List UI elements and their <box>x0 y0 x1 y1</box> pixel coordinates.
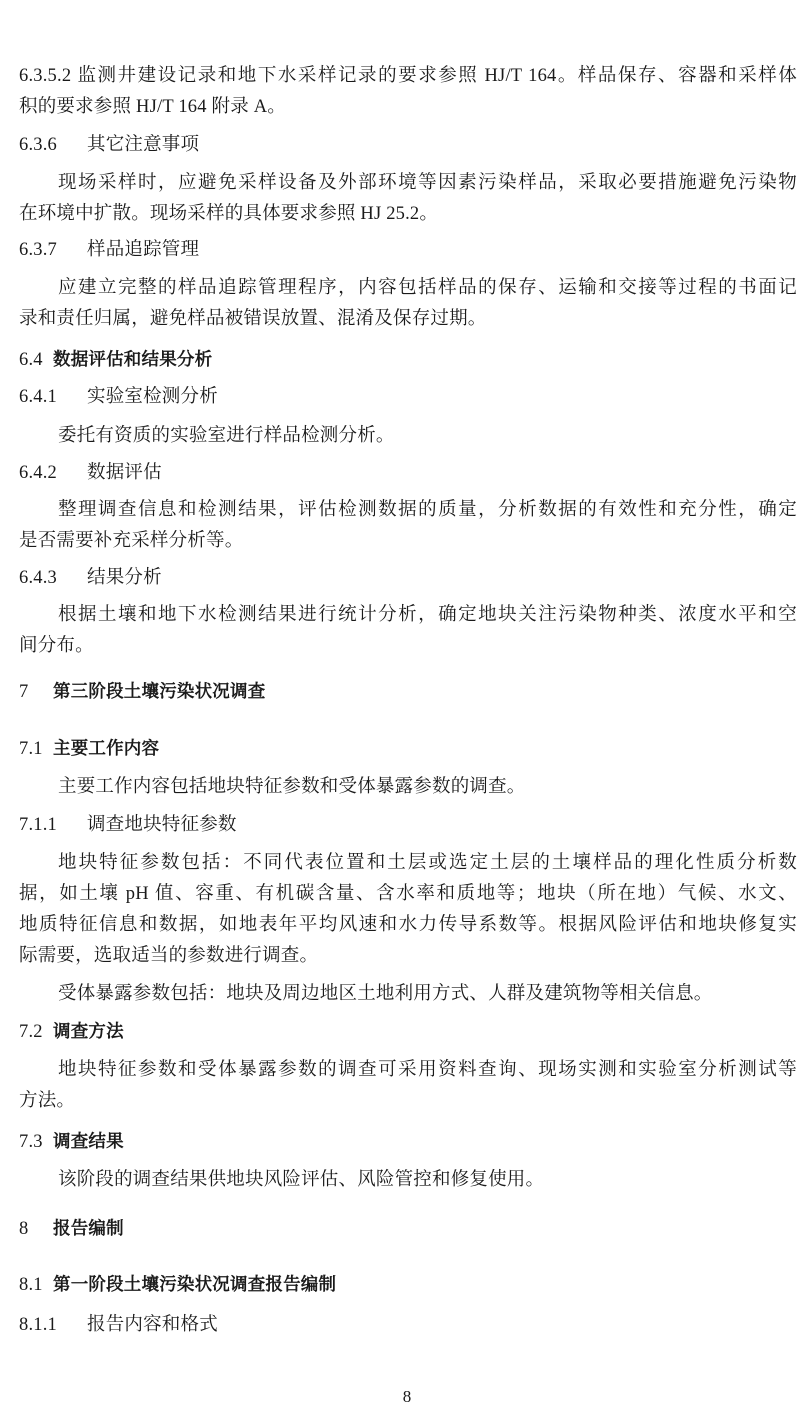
heading-7-2: 7.2调查方法 <box>19 1020 797 1044</box>
section-title: 调查方法 <box>53 1022 124 1042</box>
section-title: 主要工作内容 <box>53 739 159 759</box>
section-title: 调查地块特征参数 <box>87 815 237 835</box>
section-number: 6.4 <box>19 348 53 372</box>
section-title: 样品追踪管理 <box>87 240 199 260</box>
paragraph-7-1-1-line-4: 际需要，选取适当的参数进行调查。 <box>19 944 797 968</box>
chapter-number: 7 <box>19 680 53 704</box>
page-number: 8 <box>0 1387 800 1407</box>
paragraph-6-4-3-line-1: 根据土壤和地下水检测结果进行统计分析，确定地块关注污染物种类、浓度水平和空 <box>58 603 797 627</box>
section-title: 实验室检测分析 <box>87 387 218 407</box>
chapter-title: 第三阶段土壤污染状况调查 <box>53 682 265 702</box>
section-title: 数据评估 <box>87 463 162 483</box>
paragraph-6-4-3-line-2: 间分布。 <box>19 634 797 658</box>
paragraph-6-3-7-line-1: 应建立完整的样品追踪管理程序，内容包括样品的保存、运输和交接等过程的书面记 <box>58 276 797 300</box>
heading-6-4-3: 6.4.3结果分析 <box>19 566 797 590</box>
paragraph-6-4-2-line-1: 整理调查信息和检测结果，评估检测数据的质量，分析数据的有效性和充分性，确定 <box>58 498 797 522</box>
section-number: 7.1.1 <box>19 813 87 837</box>
section-number: 7.3 <box>19 1130 53 1154</box>
section-title: 结果分析 <box>87 568 162 588</box>
paragraph-7-1-1-line-2: 据，如土壤 pH 值、容重、有机碳含量、含水率和质地等；地块（所在地）气候、水文… <box>19 882 797 906</box>
heading-7-3: 7.3调查结果 <box>19 1130 797 1154</box>
paragraph-7-1-1-line-3: 地质特征信息和数据，如地表年平均风速和水力传导系数等。根据风险评估和地块修复实 <box>19 913 797 937</box>
section-title: 调查结果 <box>53 1132 124 1152</box>
chapter-number: 8 <box>19 1217 53 1241</box>
section-title: 数据评估和结果分析 <box>53 350 212 370</box>
paragraph-7-3: 该阶段的调查结果供地块风险评估、风险管控和修复使用。 <box>58 1168 797 1192</box>
heading-8-1: 8.1第一阶段土壤污染状况调查报告编制 <box>19 1273 797 1297</box>
section-number: 6.3.7 <box>19 238 87 262</box>
chapter-title: 报告编制 <box>53 1219 124 1239</box>
section-title: 第一阶段土壤污染状况调查报告编制 <box>53 1275 336 1295</box>
paragraph-7-2-line-2: 方法。 <box>19 1089 797 1113</box>
section-number: 6.4.2 <box>19 461 87 485</box>
paragraph-6-3-6-line-2: 在环境中扩散。现场采样的具体要求参照 HJ 25.2。 <box>19 202 797 226</box>
heading-6-3-6: 6.3.6其它注意事项 <box>19 133 797 157</box>
section-number: 6.4.1 <box>19 385 87 409</box>
heading-8-1-1: 8.1.1报告内容和格式 <box>19 1313 797 1337</box>
heading-7-1-1: 7.1.1调查地块特征参数 <box>19 813 797 837</box>
paragraph-6-3-5-2-line-1: 6.3.5.2 监测井建设记录和地下水采样记录的要求参照 HJ/T 164。样品… <box>19 64 797 88</box>
paragraph-6-3-7-line-2: 录和责任归属，避免样品被错误放置、混淆及保存过期。 <box>19 307 797 331</box>
paragraph-7-2-line-1: 地块特征参数和受体暴露参数的调查可采用资料查询、现场实测和实验室分析测试等 <box>58 1058 797 1082</box>
section-number: 7.1 <box>19 737 53 761</box>
paragraph-6-3-6-line-1: 现场采样时，应避免采样设备及外部环境等因素污染样品，采取必要措施避免污染物 <box>58 171 797 195</box>
paragraph-6-4-2-line-2: 是否需要补充采样分析等。 <box>19 529 797 553</box>
section-number: 8.1.1 <box>19 1313 87 1337</box>
heading-6-4-2: 6.4.2数据评估 <box>19 461 797 485</box>
heading-7-1: 7.1主要工作内容 <box>19 737 797 761</box>
heading-7: 7第三阶段土壤污染状况调查 <box>19 680 797 704</box>
paragraph-6-3-5-2-line-2: 积的要求参照 HJ/T 164 附录 A。 <box>19 95 797 119</box>
paragraph-6-4-1: 委托有资质的实验室进行样品检测分析。 <box>58 424 797 448</box>
section-number: 6.4.3 <box>19 566 87 590</box>
paragraph-7-1-1-line-1: 地块特征参数包括：不同代表位置和土层或选定土层的土壤样品的理化性质分析数 <box>58 851 797 875</box>
section-number: 8.1 <box>19 1273 53 1297</box>
heading-8: 8报告编制 <box>19 1217 797 1241</box>
heading-6-4-1: 6.4.1实验室检测分析 <box>19 385 797 409</box>
section-number: 6.3.6 <box>19 133 87 157</box>
heading-6-3-7: 6.3.7样品追踪管理 <box>19 238 797 262</box>
paragraph-7-1-1-receptor: 受体暴露参数包括：地块及周边地区土地利用方式、人群及建筑物等相关信息。 <box>58 982 797 1006</box>
section-title: 报告内容和格式 <box>87 1315 218 1335</box>
section-number: 7.2 <box>19 1020 53 1044</box>
heading-6-4: 6.4数据评估和结果分析 <box>19 348 797 372</box>
section-title: 其它注意事项 <box>87 135 199 155</box>
paragraph-7-1: 主要工作内容包括地块特征参数和受体暴露参数的调查。 <box>58 775 797 799</box>
